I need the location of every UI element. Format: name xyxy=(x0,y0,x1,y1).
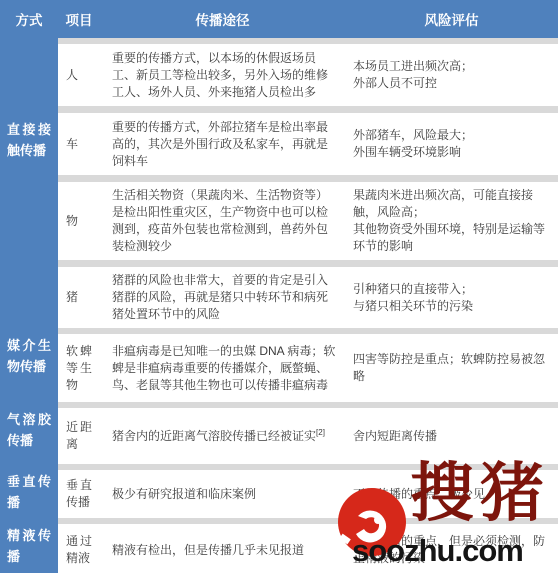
method-label: 直接接触传播 xyxy=(7,120,51,162)
item-cell: 车 xyxy=(58,133,100,156)
citation-marker: [2] xyxy=(316,428,325,437)
item-cell: 物 xyxy=(58,210,100,233)
item-cell: 猪 xyxy=(58,286,100,309)
route-cell: 生活相关物资（果蔬肉米、生活物资等）是检出阳性重灾区，生产物资中也可以检测到，疫… xyxy=(100,182,345,260)
section-vector-organisms: 媒介生物传播 软蜱等生物 非瘟病毒是已知唯一的虫媒 DNA 病毒；软蜱是非瘟病毒… xyxy=(0,328,558,402)
route-cell: 非瘟病毒是已知唯一的虫媒 DNA 病毒；软蜱是非瘟病毒重要的传播媒介，厩螫蝇、鸟… xyxy=(100,338,345,399)
risk-cell: 本场员工进出频次高； 外部人员不可控 xyxy=(345,53,558,97)
route-text: 猪舍内的近距离气溶胶传播已经被证实 xyxy=(112,429,316,443)
method-label: 气溶胶传播 xyxy=(7,410,51,452)
risk-cell: 四害等防控是重点；软蜱防控易被忽略 xyxy=(345,346,558,390)
section-rows: 软蜱等生物 非瘟病毒是已知唯一的虫媒 DNA 病毒；软蜱是非瘟病毒重要的传播媒介… xyxy=(58,328,558,402)
table-row: 软蜱等生物 非瘟病毒是已知唯一的虫媒 DNA 病毒；软蜱是非瘟病毒重要的传播媒介… xyxy=(58,334,558,402)
header-risk: 风险评估 xyxy=(345,9,558,29)
table-row: 车 重要的传播方式，外部拉猪车是检出率最高的，其次是外围行政及私家车，再就是饲料… xyxy=(58,113,558,175)
watermark-brand-cn: 搜猪 xyxy=(410,456,550,533)
method-label: 精液传播 xyxy=(7,526,51,568)
route-cell: 猪舍内的近距离气溶胶传播已经被证实[2] xyxy=(100,423,345,450)
item-cell: 通过精液 xyxy=(58,530,100,570)
item-cell: 近距离 xyxy=(58,416,100,456)
route-cell: 猪群的风险也非常大，首要的肯定是引入猪群的风险，再就是猪只中转环节和病死猪处置环… xyxy=(100,267,345,328)
table-row: 物 生活相关物资（果蔬肉米、生活物资等）是检出阳性重灾区，生产物资中也可以检测到… xyxy=(58,182,558,260)
section-direct-contact: 直接接触传播 人 重要的传播方式，以本场的休假返场员工、新员工等检出较多，另外入… xyxy=(0,38,558,328)
header-item: 项目 xyxy=(58,9,100,29)
watermark-url: soozhu.com xyxy=(352,533,523,569)
transmission-risk-table-page: 方式 项目 传播途径 风险评估 直接接触传播 人 重要的传播方式，以本场的休假返… xyxy=(0,0,558,573)
method-cell: 垂直传播 xyxy=(0,464,58,518)
table-row: 猪 猪群的风险也非常大，首要的肯定是引入猪群的风险，再就是猪只中转环节和病死猪处… xyxy=(58,267,558,328)
header-route: 传播途径 xyxy=(100,9,345,29)
method-label: 垂直传播 xyxy=(7,472,51,514)
section-rows: 人 重要的传播方式，以本场的休假返场员工、新员工等检出较多，另外入场的维修工人、… xyxy=(58,38,558,328)
risk-cell: 外部猪车，风险最大； 外围车辆受环境影响 xyxy=(345,122,558,166)
table-header: 方式 项目 传播途径 风险评估 xyxy=(0,0,558,38)
route-cell: 精液有检出，但是传播几乎未见报道 xyxy=(100,537,345,564)
method-cell: 直接接触传播 xyxy=(0,38,58,328)
header-method: 方式 xyxy=(0,9,58,29)
item-cell: 软蜱等生物 xyxy=(58,340,100,397)
risk-cell: 果蔬肉米进出频次高，可能直接接触，风险高； 其他物资受外围环境，特别是运输等环节… xyxy=(345,182,558,260)
route-cell: 重要的传播方式，以本场的休假返场员工、新员工等检出较多，另外入场的维修工人、场外… xyxy=(100,45,345,106)
method-cell: 精液传播 xyxy=(0,518,58,573)
section-rows: 近距离 猪舍内的近距离气溶胶传播已经被证实[2] 舍内短距离传播 xyxy=(58,402,558,464)
item-cell: 垂直传播 xyxy=(58,474,100,514)
method-cell: 气溶胶传播 xyxy=(0,402,58,464)
table-row: 人 重要的传播方式，以本场的休假返场员工、新员工等检出较多，另外入场的维修工人、… xyxy=(58,44,558,106)
item-cell: 人 xyxy=(58,64,100,87)
method-label: 媒介生物传播 xyxy=(7,336,51,378)
section-aerosol: 气溶胶传播 近距离 猪舍内的近距离气溶胶传播已经被证实[2] 舍内短距离传播 xyxy=(0,402,558,464)
route-cell: 极少有研究报道和临床案例 xyxy=(100,481,345,508)
risk-cell: 舍内短距离传播 xyxy=(345,423,558,450)
risk-cell: 引种猪只的直接带入； 与猪只相关环节的污染 xyxy=(345,276,558,320)
method-cell: 媒介生物传播 xyxy=(0,328,58,402)
route-cell: 重要的传播方式，外部拉猪车是检出率最高的，其次是外围行政及私家车，再就是饲料车 xyxy=(100,114,345,175)
